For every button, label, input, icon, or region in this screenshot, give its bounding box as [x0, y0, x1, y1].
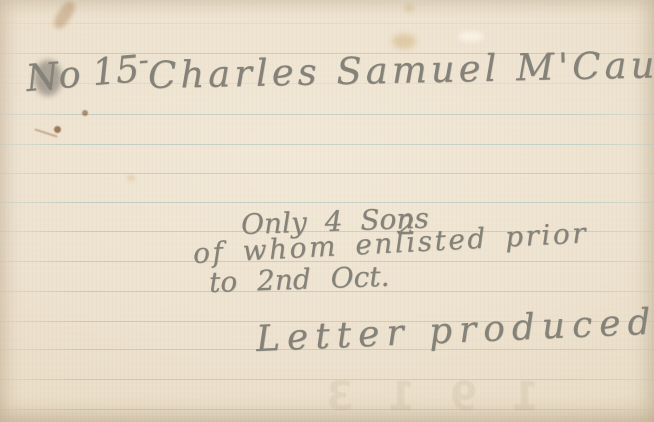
- stain-faint-dot: [127, 175, 135, 181]
- ruled-line: [0, 202, 654, 203]
- stain-light-patch: [458, 31, 484, 42]
- ruled-line: [0, 144, 654, 145]
- stain-top-left-streak: [51, 0, 78, 31]
- ledger-page: No 15- Charles Samuel M'Cauley Only 4 So…: [0, 0, 654, 422]
- stain-top-spot: [404, 4, 414, 12]
- entry-name: Charles Samuel M'Cauley: [148, 42, 654, 97]
- remark-letter-produced: Letter produced: [255, 301, 654, 359]
- entry-number-text: No 15: [24, 47, 141, 100]
- note-line-3: to 2nd Oct.: [208, 260, 390, 299]
- stain-brown-dot-1: [82, 110, 88, 116]
- bleed-through-numerals: 1913: [292, 374, 539, 420]
- stain-scratch-tail: [34, 128, 57, 137]
- ruled-line: [0, 114, 654, 115]
- stain-brown-dot-2: [54, 126, 61, 133]
- entry-number: No 15-: [24, 46, 151, 100]
- ruled-line: [0, 23, 654, 24]
- stain-foxing-blotch: [392, 34, 416, 49]
- ruled-line: [0, 173, 654, 174]
